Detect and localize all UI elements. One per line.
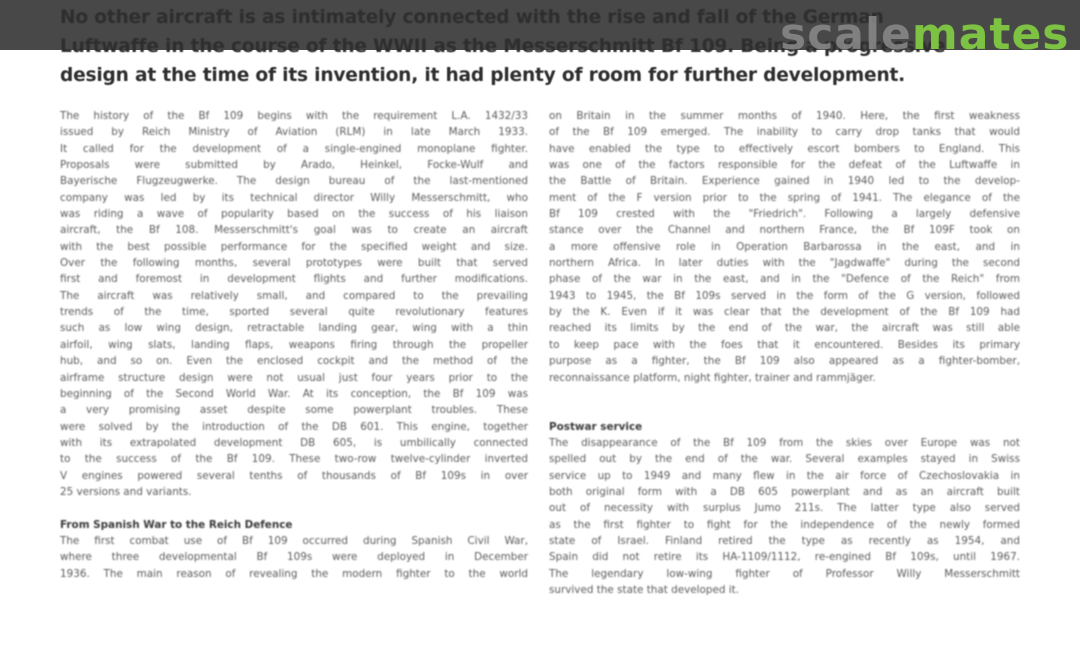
body-line: to keep pace with the foes that it encou… [549,337,1020,353]
lead-line: design at the time of its invention, it … [60,61,1020,90]
body-line: trends of the time, sported several quit… [60,304,528,320]
body-line: company was led by its technical directo… [60,190,528,206]
body-line: spelled out by the end of the war. Sever… [549,451,1020,467]
body-line: out of necessity with surplus Jumo 211s.… [549,500,1020,516]
body-line: the Battle of Britain. Experience gained… [549,173,1020,189]
body-line: hub, and so on. Even the enclosed cockpi… [60,353,528,369]
body-line: aircraft, the Bf 108. Messerschmitt's go… [60,222,528,238]
body-line: 1936. The main reason of revealing the m… [60,566,528,582]
paragraph-gap [549,402,1020,418]
logo-mates-text: mates [912,9,1070,60]
right-column: on Britain in the summer months of 1940.… [549,108,1020,598]
body-line: Bf 109 crested with the "Friedrich". Fol… [549,206,1020,222]
body-line: to the success of the Bf 109. These two-… [60,451,528,467]
paragraph-gap [549,386,1020,402]
body-line: Spain did not retire its HA-1109/1112, r… [549,549,1020,565]
body-line: purpose as a fighter, the Bf 109 also ap… [549,353,1020,369]
body-line: as the first fighter to fight for the in… [549,517,1020,533]
body-line: where three developmental Bf 109s were d… [60,549,528,565]
body-line: Proposals were submitted by Arado, Heink… [60,157,528,173]
body-line: was riding a wave of popularity based on… [60,206,528,222]
body-line: by the K. Even if it was clear that the … [549,304,1020,320]
body-line: ment of the F version prior to the sprin… [549,190,1020,206]
body-line: reconnaissance platform, night fighter, … [549,370,1020,386]
body-line: survived the state that developed it. [549,582,1020,598]
body-line: The disappearance of the Bf 109 from the… [549,435,1020,451]
body-line: It called for the development of a singl… [60,141,528,157]
body-line: a more offensive role in Operation Barba… [549,239,1020,255]
body-line: issued by Reich Ministry of Aviation (RL… [60,124,528,140]
body-line: state of Israel. Finland retired the typ… [549,533,1020,549]
body-line: northern Africa. In later duties with th… [549,255,1020,271]
body-line: airframe structure design were not usual… [60,370,528,386]
body-line: service up to 1949 and many flew in the … [549,468,1020,484]
left-column: The history of the Bf 109 begins with th… [60,108,528,582]
body-line: a very promising asset despite some powe… [60,402,528,418]
body-line: V engines powered several tenths of thou… [60,468,528,484]
body-line: The first combat use of Bf 109 occurred … [60,533,528,549]
body-line: The aircraft was relatively small, and c… [60,288,528,304]
section-heading: From Spanish War to the Reich Defence [60,517,528,533]
body-line: was one of the factors responsible for t… [549,157,1020,173]
scalemates-logo: scalemates [780,12,1070,58]
body-line: Bayerische Flugzeugwerke. The design bur… [60,173,528,189]
body-line: beginning of the Second World War. At it… [60,386,528,402]
body-line: stance over the Channel and northern Fra… [549,222,1020,238]
body-line: have enabled the type to effectively esc… [549,141,1020,157]
body-line: The legendary low-wing fighter of Profes… [549,566,1020,582]
body-line: reached its limits by the end of the war… [549,320,1020,336]
body-line: The history of the Bf 109 begins with th… [60,108,528,124]
body-line: were solved by the introduction of the D… [60,419,528,435]
body-line: both original form with a DB 605 powerpl… [549,484,1020,500]
section-heading: Postwar service [549,419,1020,435]
body-line: of the Bf 109 emerged. The inability to … [549,124,1020,140]
body-line: airfoil, wing slats, landing flaps, weap… [60,337,528,353]
logo-scale-text: scale [780,9,912,60]
body-line: 1943 to 1945, the Bf 109s served in the … [549,288,1020,304]
body-line: with the best possible performance for t… [60,239,528,255]
body-line: 25 versions and variants. [60,484,528,500]
body-line: such as low wing design, retractable lan… [60,320,528,336]
paragraph-gap [60,500,528,516]
body-line: on Britain in the summer months of 1940.… [549,108,1020,124]
body-line: phase of the war in the east, and in the… [549,271,1020,287]
body-line: Over the following months, several proto… [60,255,528,271]
body-line: first and foremost in development flight… [60,271,528,287]
body-line: with its extrapolated development DB 605… [60,435,528,451]
